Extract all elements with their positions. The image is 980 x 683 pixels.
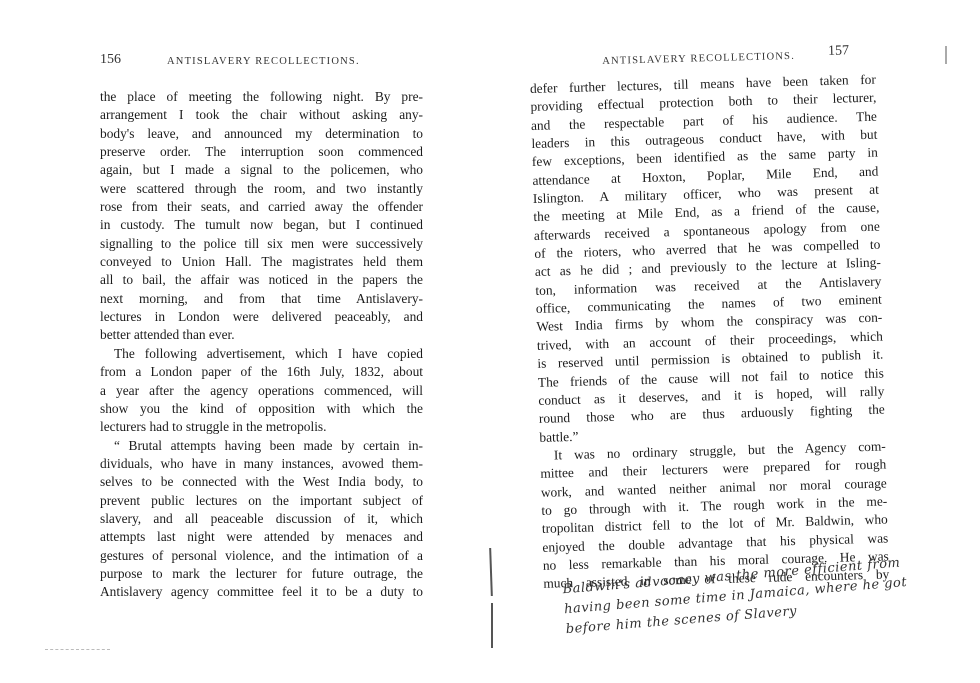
text-line: conveyed to Union Hall. The magistrates … [100, 253, 423, 271]
text-line: arrangement I took the chair without ask… [100, 106, 423, 124]
text-line: in custody. The tumult now began, but I … [100, 216, 423, 234]
text-line: from a London paper of the 16th July, 18… [100, 363, 423, 381]
text-line: show you the kind of opposition with whi… [100, 400, 423, 418]
text-line: slavery, and all peaceable discussion of… [100, 510, 423, 528]
text-line: preserve order. The interruption soon co… [100, 143, 423, 161]
text-line: purpose to mark the lecturer for future … [100, 565, 423, 583]
text-line: again, but I made a signal to the police… [100, 161, 423, 179]
text-line: body's leave, and announced my determina… [100, 125, 423, 143]
text-line: a year after the agency operations comme… [100, 382, 423, 400]
text-line: dividuals, who have in many instances, a… [100, 455, 423, 473]
text-line: next morning, and from that time Antisla… [100, 290, 423, 308]
text-line: prevent public lectures on the important… [100, 492, 423, 510]
right-page: ANTISLAVERY RECOLLECTIONS. 157 defer fur… [488, 0, 980, 683]
running-head: ANTISLAVERY RECOLLECTIONS. [602, 51, 795, 67]
text-line: lecturers had to struggle in the metropo… [100, 418, 423, 436]
text-line: Antislavery agency committee feel it to … [100, 583, 423, 601]
text-line: selves to be connected with the West Ind… [100, 473, 423, 491]
page-number: 157 [828, 43, 849, 60]
text-line: the place of meeting the following night… [100, 88, 423, 106]
page-body-text: defer further lectures, till means have … [530, 71, 890, 594]
text-line: The following advertisement, which I hav… [100, 345, 423, 363]
text-line: signalling to the police till six men we… [100, 235, 423, 253]
page-number: 156 [100, 52, 121, 68]
gutter-fold-mark [491, 603, 493, 648]
text-line: all to bail, the affair was noticed in t… [100, 271, 423, 289]
text-line: “ Brutal attempts having been made by ce… [100, 437, 423, 455]
text-line: better attended than ever. [100, 326, 423, 344]
text-line: were scattered through the room, and two… [100, 180, 423, 198]
left-page: 156 ANTISLAVERY RECOLLECTIONS. the place… [0, 0, 470, 683]
page-body-text: the place of meeting the following night… [100, 88, 423, 602]
gutter-fold-mark [489, 548, 493, 596]
text-line: attempts last night were attended by men… [100, 528, 423, 546]
page-edge-mark [45, 649, 110, 650]
text-line: gestures of personal violence, and the i… [100, 547, 423, 565]
running-head: ANTISLAVERY RECOLLECTIONS. [167, 56, 360, 67]
text-line: lectures in London were delivered peacea… [100, 308, 423, 326]
text-line: rose from their seats, and carried away … [100, 198, 423, 216]
